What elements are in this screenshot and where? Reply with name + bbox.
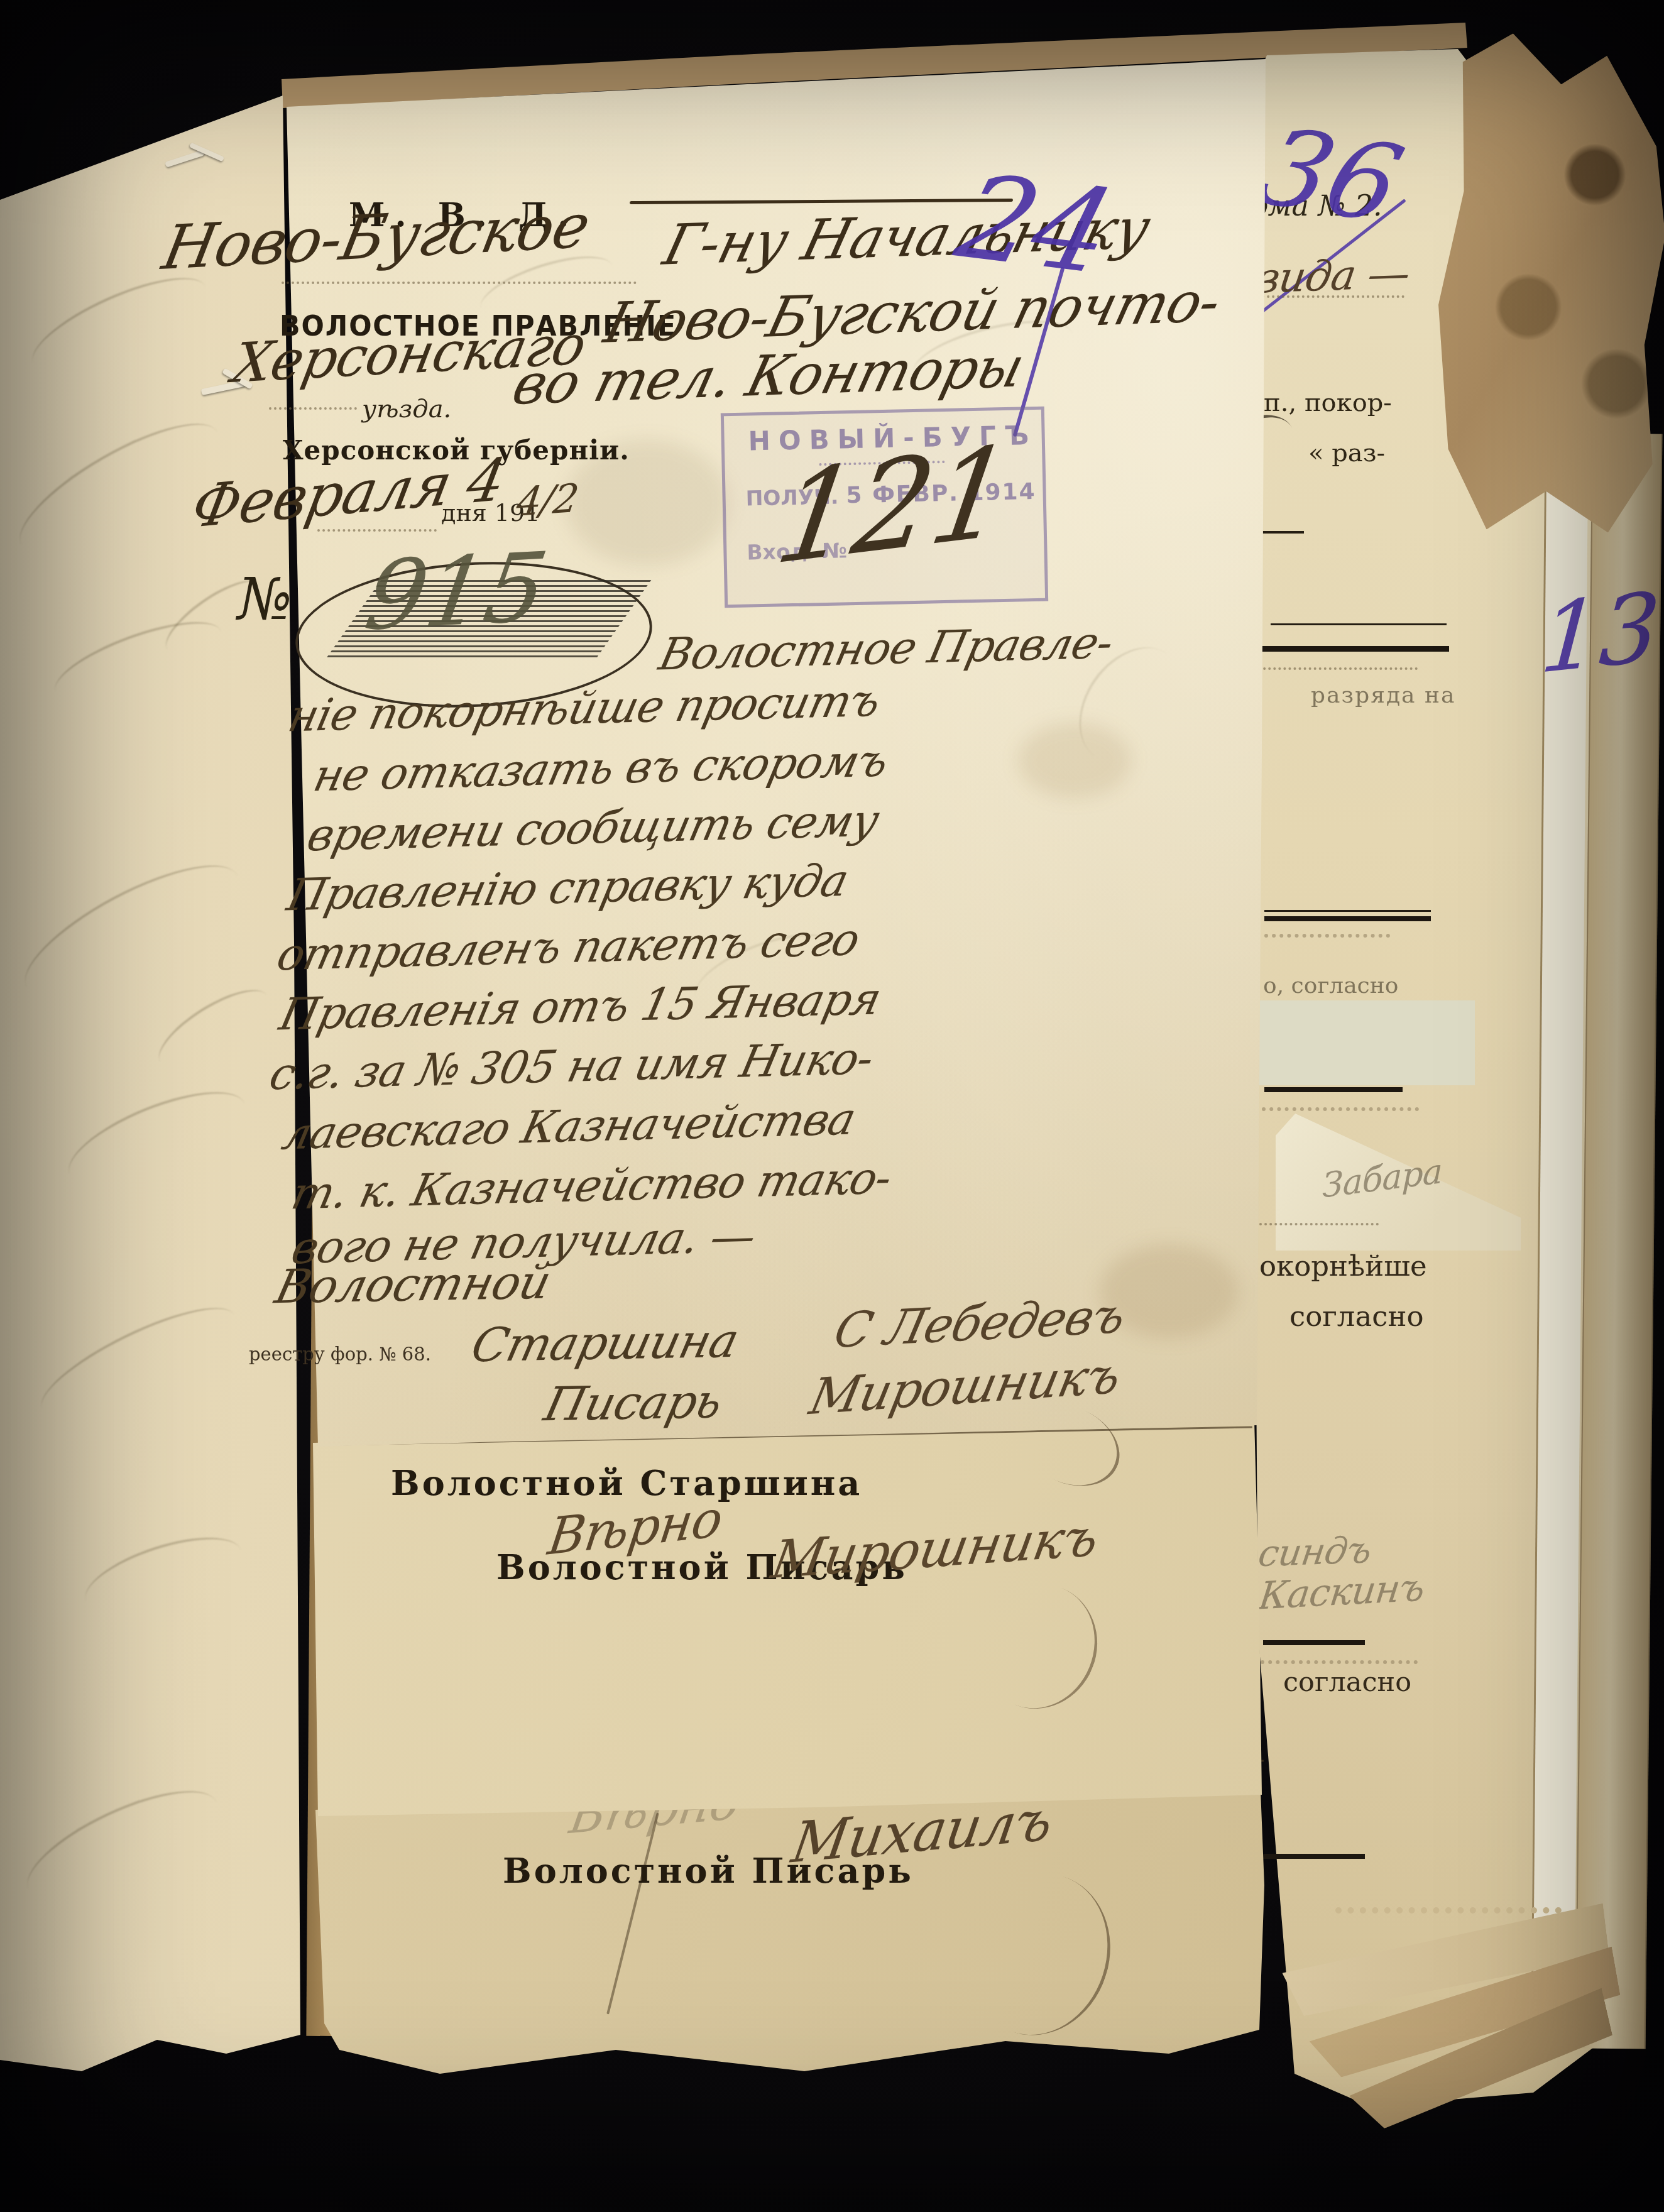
date-year-handwritten: 4/2 <box>514 474 581 525</box>
letterhead-blank-line <box>282 282 637 284</box>
letterhead-blank-line <box>269 407 357 410</box>
pencil-fragment-1: синдъ <box>1256 1528 1374 1575</box>
razryada-fragment: разряда на <box>1311 682 1455 708</box>
uyezd-label: уѣзда. <box>362 395 451 424</box>
torn-scallop-edge <box>1264 934 1390 938</box>
soglasno-fragment-2: согласно <box>1283 1667 1411 1698</box>
date-blank-line <box>317 529 437 532</box>
torn-dotted-edge <box>1248 667 1418 670</box>
purple-page-number-13: 13 <box>1537 572 1663 695</box>
blank-line <box>1259 1223 1379 1225</box>
number-sign: № <box>238 566 292 633</box>
closing-pisar: Писарь <box>539 1374 727 1432</box>
heavy-rule <box>1262 1854 1365 1859</box>
soglasno-small-fragment: о, согласно <box>1263 973 1398 999</box>
document-number-handwritten: 915 <box>358 532 554 652</box>
closing-volostnoy: Волостной <box>270 1255 556 1314</box>
thin-rule <box>1264 910 1431 912</box>
closing-starshina: Старшина <box>466 1314 743 1373</box>
pokorneyshe-fragment: окорнѣйше <box>1259 1249 1427 1283</box>
heavy-rule <box>1264 1087 1403 1092</box>
crumpled-corner <box>1433 31 1664 534</box>
raz-fragment: « раз- <box>1308 439 1385 468</box>
torn-scallop-edge <box>1261 1660 1418 1664</box>
torn-scallop-edge <box>1262 1107 1419 1111</box>
pencil-fragment-2: Каскинъ <box>1256 1565 1426 1618</box>
heavy-rule <box>1263 1640 1365 1645</box>
registry-form-note: реестру фор. № 68. <box>249 1344 431 1365</box>
pale-panel <box>1258 1000 1475 1085</box>
archival-photo-scene: рма № 2. 36 Давида — коп., покор- « раз-… <box>0 0 1664 2212</box>
thin-rule <box>1271 623 1447 625</box>
heavy-rule <box>1248 646 1449 652</box>
soglasno-fragment-1: согласно <box>1289 1300 1424 1333</box>
paper-stain <box>1018 723 1131 798</box>
serrated-bottom-edge <box>1335 1907 1562 1914</box>
heavy-rule <box>1264 916 1431 921</box>
volostnoy-starshina-label: Волостной Старшина <box>391 1463 862 1503</box>
